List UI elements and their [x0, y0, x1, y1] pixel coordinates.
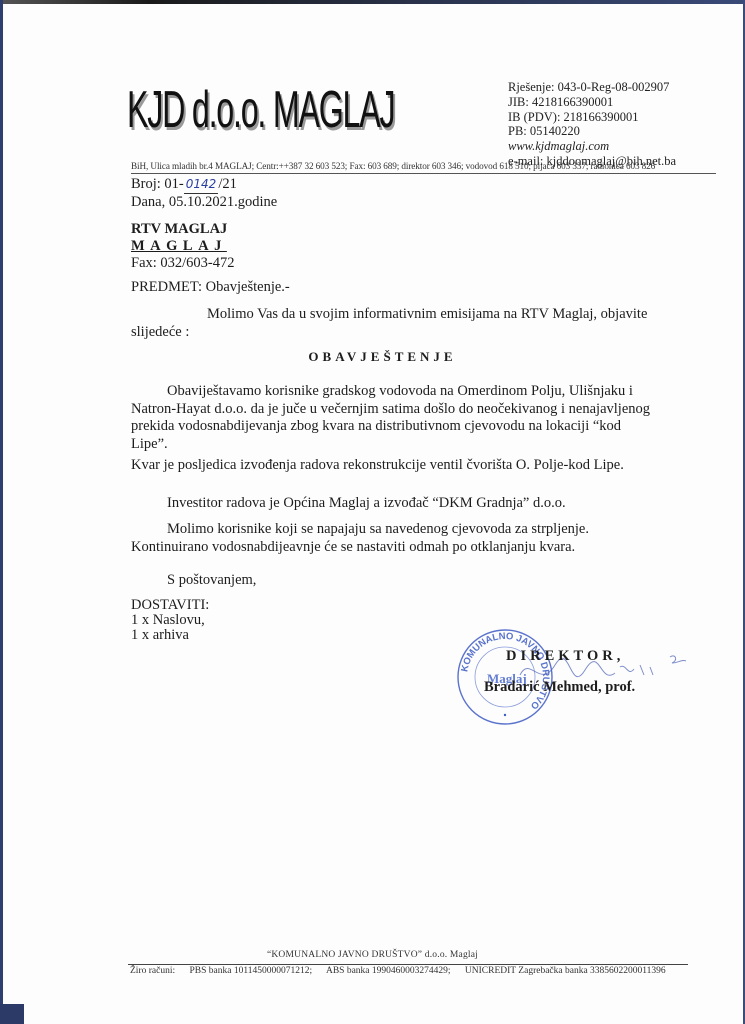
- pb: PB: 05140220: [508, 124, 676, 139]
- bank-label: Žiro računi:: [130, 966, 175, 976]
- body-paragraph-2: Kvar je posljedica izvođenja radova reko…: [131, 457, 661, 475]
- closing-regards: S poštovanjem,: [167, 572, 256, 589]
- intro-paragraph: Molimo Vas da u svojim informativnim emi…: [131, 305, 651, 341]
- body-paragraph-4: Molimo korisnike koji se napajaju sa nav…: [131, 521, 661, 556]
- intro-line-1: Molimo Vas da u svojim informativnim emi…: [131, 305, 651, 323]
- delivery-label: DOSTAVITI:: [131, 598, 209, 613]
- body-paragraph-1: Obaviještavamo korisnike gradskog vodovo…: [131, 383, 661, 453]
- company-logo: KJD d.o.o. MAGLAJ: [127, 84, 394, 136]
- signatory-title: DIREKTOR,: [506, 648, 624, 665]
- signatory-name: Bradarić Mehmed, prof.: [484, 679, 635, 696]
- intro-line-2: slijedeće :: [131, 323, 651, 341]
- bank-account: PBS banka 1011450000071212;: [189, 966, 312, 976]
- scan-edge: [0, 0, 745, 4]
- recipient-city: MAGLAJ: [131, 238, 235, 255]
- registration-number: Rješenje: 043-0-Reg-08-002907: [508, 80, 676, 95]
- body-paragraph-3: Investitor radova je Općina Maglaj a izv…: [131, 495, 661, 513]
- scan-edge: [0, 1004, 24, 1024]
- website-link[interactable]: www.kjdmaglaj.com: [508, 139, 676, 154]
- notice-title: OBAVJEŠTENJE: [0, 349, 745, 365]
- registration-block: Rješenje: 043-0-Reg-08-002907 JIB: 42181…: [508, 80, 676, 169]
- recipient-block: RTV MAGLAJ MAGLAJ Fax: 032/603-472: [131, 221, 235, 272]
- recipient-name: RTV MAGLAJ: [131, 221, 235, 238]
- address-line: BiH, Ulica mladih br.4 MAGLAJ; Centr:++3…: [131, 161, 716, 174]
- subject-line: PREDMET: Obavještenje.-: [131, 279, 290, 296]
- jib: JIB: 4218166390001: [508, 95, 676, 110]
- bank-account: ABS banka 1990460003274429;: [326, 966, 451, 976]
- delivery-list: DOSTAVITI: 1 x Naslovu, 1 x arhiva: [131, 598, 209, 643]
- footer-divider: [128, 964, 688, 965]
- handwritten-number: 0142: [184, 176, 219, 194]
- document-date: Dana, 05.10.2021.godine: [131, 194, 277, 211]
- recipient-fax: Fax: 032/603-472: [131, 255, 235, 272]
- document-meta: Broj: 01-0142/21 Dana, 05.10.2021.godine: [131, 176, 277, 211]
- delivery-item: 1 x Naslovu,: [131, 613, 209, 628]
- footer-company: “KOMUNALNO JAVNO DRUŠTVO” d.o.o. Maglaj: [0, 950, 745, 960]
- reference-prefix: Broj: 01-: [131, 176, 184, 192]
- scan-edge: [0, 0, 3, 1024]
- reference-number: Broj: 01-0142/21: [131, 176, 277, 194]
- reference-suffix: /21: [218, 176, 237, 192]
- ib-pdv: IB (PDV): 218166390001: [508, 110, 676, 125]
- delivery-item: 1 x arhiva: [131, 628, 209, 643]
- bank-account: UNICREDIT Zagrebačka banka 3385602200011…: [465, 966, 666, 976]
- footer-bank-accounts: Žiro računi: PBS banka 1011450000071212;…: [130, 966, 678, 976]
